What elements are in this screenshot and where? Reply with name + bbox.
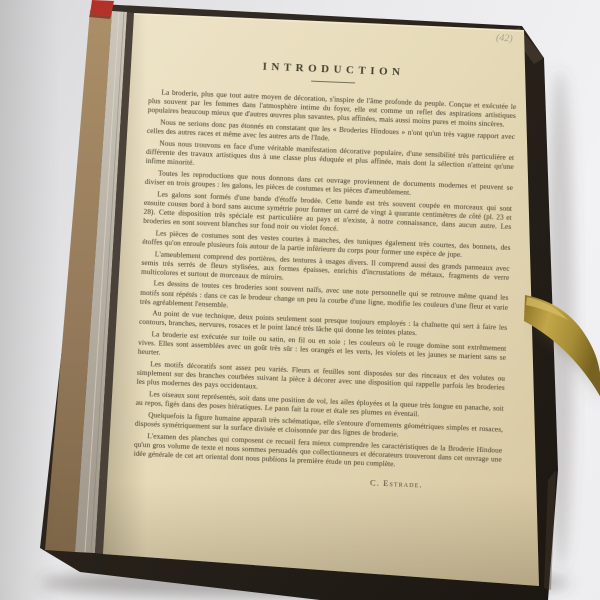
red-bookmark-tab [90, 0, 114, 16]
photo-backdrop: (42) INTRODUCTION La broderie, plus que … [0, 0, 600, 600]
title-rule [311, 81, 355, 84]
page-text-block: INTRODUCTION La broderie, plus que tout … [133, 56, 518, 493]
pencil-mark: (42) [496, 32, 513, 44]
